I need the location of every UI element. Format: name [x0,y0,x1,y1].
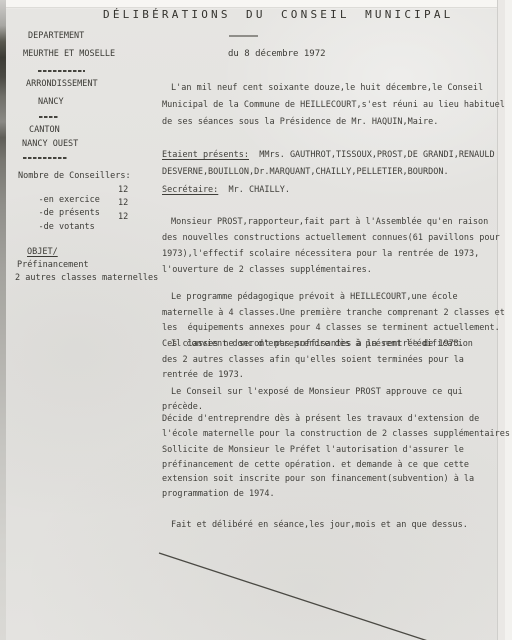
document-title: DÉLIBÉRATIONS DU CONSEIL MUNICIPAL [103,8,453,21]
counselor-value: 12 [118,198,128,208]
text-line: rentrée de 1973. [162,368,508,384]
paragraph-opening: L'an mil neuf cent soixante douze,le hui… [162,80,508,131]
canton-value: NANCY OUEST [22,139,78,149]
paragraph-decision: Décide d'entreprendre dès à présent les … [162,412,508,441]
attendees-label: Etaient présents: [162,150,249,160]
secretary-label: Secrétaire: [162,185,218,195]
text-line: les équipements annexes pour 4 classes s… [162,321,508,337]
text-line: Monsieur PROST,rapporteur,fait part à l'… [162,214,508,230]
text-line: DESVERNE,BOUILLON,Dr.MARQUANT,CHAILLY,PE… [162,164,508,181]
text-line: Etaient présents: MMrs. GAUTHROT,TISSOUX… [162,147,508,164]
text-line: Le programme pédagogique prévoit à HEILL… [162,290,508,306]
closing-statement: Fait et délibéré en séance,les jour,mois… [162,518,508,533]
text-line: Sollicite de Monsieur le Préfet l'autori… [162,443,508,458]
canton-label: CANTON [29,125,60,135]
title-rule [229,35,258,37]
counselor-label: -de votants [38,222,94,232]
counselors-heading: Nombre de Conseillers: [18,171,131,181]
text-line: Le Conseil sur l'exposé de Monsieur PROS… [162,385,508,400]
text-line: L'an mil neuf cent soixante douze,le hui… [162,80,508,97]
text-line: l'ouverture de 2 classes supplémentaires… [162,262,508,278]
text-line: de ses séances sous la Présidence de Mr.… [162,114,508,131]
text-line: préfinancement de cette opération. et de… [162,458,508,473]
text-line: Fait et délibéré en séance,les jour,mois… [162,518,508,533]
objet-label: OBJET/ [27,247,58,257]
departement-label: DEPARTEMENT [28,31,84,41]
text-line: Municipal de la Commune de HEILLECOURT,s… [162,97,508,114]
paragraph-approval: Le Conseil sur l'exposé de Monsieur PROS… [162,385,508,414]
secretary-block: Secrétaire: Mr. CHAILLY. [162,183,508,198]
text-line: Décide d'entreprendre dès à présent les … [162,412,508,427]
text-line: l'école maternelle pour la construction … [162,427,508,442]
arrondissement-label: ARRONDISSEMENT [26,79,98,89]
divider-dash [38,70,85,72]
attendees-names: MMrs. GAUTHROT,TISSOUX,PROST,DE GRANDI,R… [249,150,495,160]
scan-left-edge-shadow [0,0,6,640]
text-line: 1973),l'effectif scolaire nécessitera po… [162,246,508,262]
secretary-name: Mr. CHAILLY. [218,185,290,195]
objet-line: Préfinancement [17,260,89,270]
paragraph-request: Sollicite de Monsieur le Préfet l'autori… [162,443,508,501]
divider-dash [39,116,58,118]
paper-top-edge [0,0,512,8]
scanned-document-page: DÉLIBÉRATIONS DU CONSEIL MUNICIPAL du 8 … [0,0,512,640]
paragraph-necessity: Il convient donc d'entreprendre dès à pr… [162,337,508,384]
counselor-value: 12 [118,212,128,222]
text-line: maternelle à 4 classes.Une première tran… [162,306,508,322]
paragraph-report: Monsieur PROST,rapporteur,fait part à l'… [162,214,508,278]
objet-line: 2 autres classes maternelles [15,273,158,283]
session-date: du 8 décembre 1972 [228,49,326,59]
counselor-value: 12 [118,185,128,195]
text-line: programmation de 1974. [162,487,508,502]
attendees-block: Etaient présents: MMrs. GAUTHROT,TISSOUX… [162,147,508,181]
text-line: Il convient donc d'entreprendre dès à pr… [162,337,508,353]
departement-value: MEURTHE ET MOSELLE [23,49,115,59]
text-line: des nouvelles constructions actuellement… [162,230,508,246]
divider-dash [23,157,67,159]
text-line: Secrétaire: Mr. CHAILLY. [162,183,508,198]
text-line: extension soit inscrite pour son finance… [162,472,508,487]
arrondissement-value: NANCY [38,97,64,107]
counselor-row: -de votants 12 [18,212,148,252]
text-line: des 2 autres classes afin qu'elles soien… [162,353,508,369]
